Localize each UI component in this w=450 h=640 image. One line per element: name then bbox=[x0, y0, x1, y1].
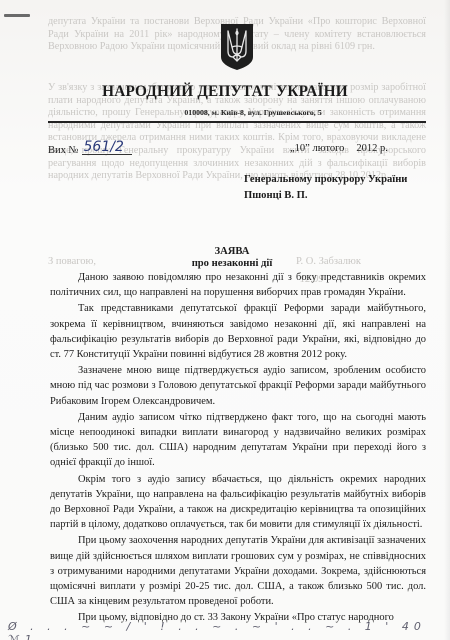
document-subtitle: про незаконні дії bbox=[14, 258, 450, 270]
addressee-position: Генеральному прокурору України bbox=[244, 172, 407, 188]
outgoing-number: Вих №561/2 bbox=[48, 142, 132, 157]
paragraph: Окрім того з аудіо запису вбачається, що… bbox=[50, 472, 426, 533]
paragraph: Так представниками депутатської фракції … bbox=[50, 301, 426, 362]
paragraph: Даною заявою повідомляю про незаконні ді… bbox=[50, 270, 426, 300]
letterhead-address: 010008, м. Київ-8, вул. Грушевського, 5 bbox=[0, 108, 450, 117]
scanned-document-page: депутата України та постанови Верховної … bbox=[0, 0, 450, 640]
paragraph: Зазначене мною вище підтверджується ауді… bbox=[50, 363, 426, 409]
scan-edge-shadow bbox=[444, 0, 450, 640]
addressee-block: Генеральному прокурору України Пшонці В.… bbox=[244, 172, 407, 204]
date-day: „10” bbox=[290, 143, 310, 154]
document-title: ЗАЯВА bbox=[14, 246, 450, 258]
document-date: „10” лютого2012 р. bbox=[290, 143, 388, 154]
letterhead-title: НАРОДНИЙ ДЕПУТАТ УКРАЇНИ bbox=[0, 83, 450, 101]
letterhead-divider bbox=[48, 121, 426, 123]
document-heading: ЗАЯВА про незаконні дії bbox=[0, 246, 450, 270]
coat-of-arms-of-ukraine-icon bbox=[220, 23, 254, 71]
date-month: лютого bbox=[312, 143, 344, 154]
date-year: 2012 р. bbox=[356, 143, 388, 154]
outgoing-number-handwritten: 561/2 bbox=[82, 140, 132, 155]
paragraph: При цьому заохочення народних депутатів … bbox=[50, 533, 426, 609]
paragraph: Даним аудіо записом чітко підтверджено ф… bbox=[50, 410, 426, 471]
addressee-name: Пшонці В. П. bbox=[244, 188, 407, 204]
outgoing-number-label: Вих № bbox=[48, 145, 79, 156]
footer-handwritten-note: Ø . . . ~ ~ / ' ! . . ~ . ~ ' . . ~ . 1 … bbox=[8, 620, 450, 640]
document-body: Даною заявою повідомляю про незаконні ді… bbox=[50, 270, 426, 627]
scan-artifact bbox=[4, 14, 30, 17]
